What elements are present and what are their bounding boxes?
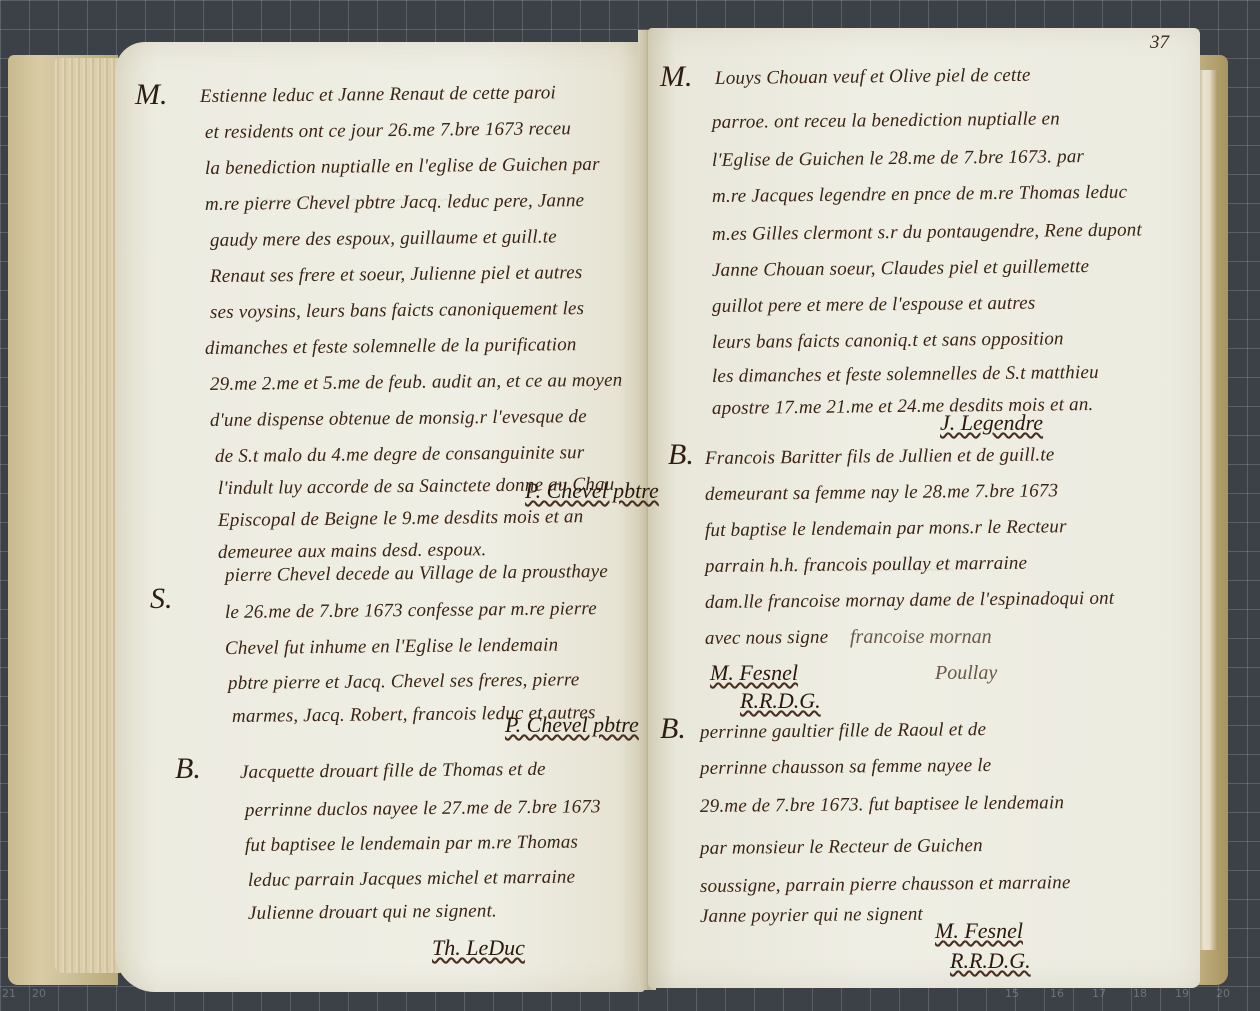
entry-line: de S.t malo du 4.me degre de consanguini… [215,442,585,468]
entry-line: m.es Gilles clermont s.r du pontaugendre… [712,219,1142,246]
entry-line: l'Eglise de Guichen le 28.me de 7.bre 16… [712,146,1084,172]
entry-line: guillot pere et mere de l'espouse et aut… [712,293,1036,318]
ruler-tick: 20 [32,987,46,1000]
entry-line: m.re pierre Chevel pbtre Jacq. leduc per… [205,190,584,216]
margin-letter-baptism: B. [660,712,686,746]
entry-line: Jacquette drouart fille de Thomas et de [240,759,546,784]
ruler-tick: 15 [1005,987,1019,1000]
margin-letter-baptism: B. [668,438,694,472]
entry-line: Renaut ses frere et soeur, Julienne piel… [210,262,583,288]
entry-line: fut baptisee le lendemain par m.re Thoma… [245,832,578,857]
entry-line: perrinne duclos nayee le 27.me de 7.bre … [245,796,601,822]
entry-line: demeuree aux mains desd. espoux. [218,539,487,564]
signature: Poullay [935,662,997,685]
page-number: 37 [1150,32,1169,54]
signature: R.R.D.G. [740,688,821,714]
entry-line: demeurant sa femme nay le 28.me 7.bre 16… [705,480,1059,506]
entry-line: perrinne chausson sa femme nayee le [700,755,992,780]
signature: P. Chevel pbtre [505,712,639,738]
entry-line: les dimanches et feste solemnelles de S.… [712,362,1099,388]
signature: P. Chevel pbtre [525,478,659,504]
signature: M. Fesnel [935,918,1023,944]
entry-line: Julienne drouart qui ne signent. [248,900,497,925]
signature: Th. LeDuc [432,935,525,961]
entry-line: avec nous signe [705,627,829,650]
entry-line: Louys Chouan veuf et Olive piel de cette [715,65,1031,90]
signature: R.R.D.G. [950,948,1031,974]
entry-line: m.re Jacques legendre en pnce de m.re Th… [712,182,1127,208]
ruler-tick: 19 [1175,987,1189,1000]
ruler-tick: 16 [1050,987,1064,1000]
entry-line: 29.me 2.me et 5.me de feub. audit an, et… [210,370,623,396]
entry-line: leurs bans faicts canoniq.t et sans oppo… [712,328,1064,354]
ruler-tick: 17 [1092,987,1106,1000]
entry-line: perrinne gaultier fille de Raoul et de [700,719,986,744]
entry-line: pierre Chevel decede au Village de la pr… [225,561,608,587]
ruler-tick: 20 [1216,987,1230,1000]
entry-line: parrain h.h. francois poullay et marrain… [705,553,1027,578]
entry-line: par monsieur le Recteur de Guichen [700,835,983,860]
entry-line: soussigne, parrain pierre chausson et ma… [700,872,1071,898]
ruler-tick: 18 [1133,987,1147,1000]
entry-line: et residents ont ce jour 26.me 7.bre 167… [205,118,571,144]
entry-line: Estienne leduc et Janne Renaut de cette … [200,82,556,108]
entry-line: la benediction nuptialle en l'eglise de … [205,154,600,180]
entry-line: gaudy mere des espoux, guillaume et guil… [210,226,557,252]
entry-line: dimanches et feste solemnelle de la puri… [205,334,577,360]
entry-line: Janne poyrier qui ne signent [700,904,923,928]
entry-line: Janne Chouan soeur, Claudes piel et guil… [712,256,1089,282]
signature: M. Fesnel [710,660,798,686]
entry-line: pbtre pierre et Jacq. Chevel ses freres,… [228,669,580,695]
signature: francoise mornan [850,626,992,649]
entry-line: fut baptise le lendemain par mons.r le R… [705,516,1067,542]
entry-line: leduc parrain Jacques michel et marraine [248,867,575,892]
entry-line: parroe. ont receu la benediction nuptial… [712,108,1060,134]
margin-letter-burial: S. [150,582,173,616]
entry-line: Francois Baritter fils de Jullien et de … [705,444,1055,470]
entry-line: le 26.me de 7.bre 1673 confesse par m.re… [225,598,597,624]
entry-line: d'une dispense obtenue de monsig.r l'eve… [210,406,587,432]
margin-letter-marriage: M. [660,60,693,94]
ruler-tick: 21 [2,987,16,1000]
margin-letter-baptism: B. [175,752,201,786]
entry-line: Episcopal de Beigne le 9.me desdits mois… [218,506,584,532]
signature: J. Legendre [940,410,1043,436]
entry-line: ses voysins, leurs bans faicts canonique… [210,298,584,324]
entry-line: Chevel fut inhume en l'Eglise le lendema… [225,635,558,660]
entry-line: dam.lle francoise mornay dame de l'espin… [705,588,1115,614]
entry-line: 29.me de 7.bre 1673. fut baptisee le len… [700,792,1064,818]
margin-letter-marriage: M. [135,78,168,112]
